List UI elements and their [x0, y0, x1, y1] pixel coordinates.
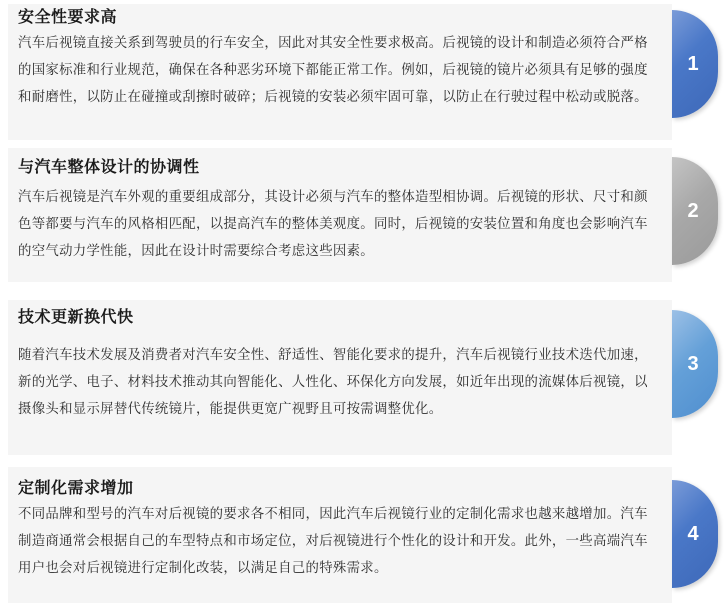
badge-number: 1: [687, 53, 698, 76]
card-title: 技术更新换代快: [18, 306, 652, 328]
badge-number: 4: [687, 523, 698, 546]
card-body: 随着汽车技术发展及消费者对汽车安全性、舒适性、智能化要求的提升，汽车后视镜行业技…: [18, 342, 652, 423]
number-badge-3: 3: [672, 310, 718, 418]
feature-card-2: 与汽车整体设计的协调性 汽车后视镜是汽车外观的重要组成部分，其设计必须与汽车的整…: [8, 148, 672, 282]
number-badge-1: 1: [672, 10, 718, 118]
number-badge-4: 4: [672, 480, 718, 588]
number-badge-2: 2: [672, 157, 718, 265]
feature-card-1: 安全性要求高 汽车后视镜直接关系到驾驶员的行车安全，因此对其安全性要求极高。后视…: [8, 4, 672, 140]
feature-card-4: 定制化需求增加 不同品牌和型号的汽车对后视镜的要求各不相同，因此汽车后视镜行业的…: [8, 467, 672, 603]
card-body: 汽车后视镜直接关系到驾驶员的行车安全，因此对其安全性要求极高。后视镜的设计和制造…: [18, 30, 652, 111]
feature-card-3: 技术更新换代快 随着汽车技术发展及消费者对汽车安全性、舒适性、智能化要求的提升，…: [8, 300, 672, 455]
card-title: 安全性要求高: [18, 6, 652, 28]
badge-number: 3: [687, 353, 698, 376]
card-title: 定制化需求增加: [18, 477, 652, 499]
card-body: 汽车后视镜是汽车外观的重要组成部分，其设计必须与汽车的整体造型相协调。后视镜的形…: [18, 184, 652, 265]
badge-number: 2: [687, 200, 698, 223]
card-title: 与汽车整体设计的协调性: [18, 156, 652, 178]
card-body: 不同品牌和型号的汽车对后视镜的要求各不相同，因此汽车后视镜行业的定制化需求也越来…: [18, 501, 652, 582]
